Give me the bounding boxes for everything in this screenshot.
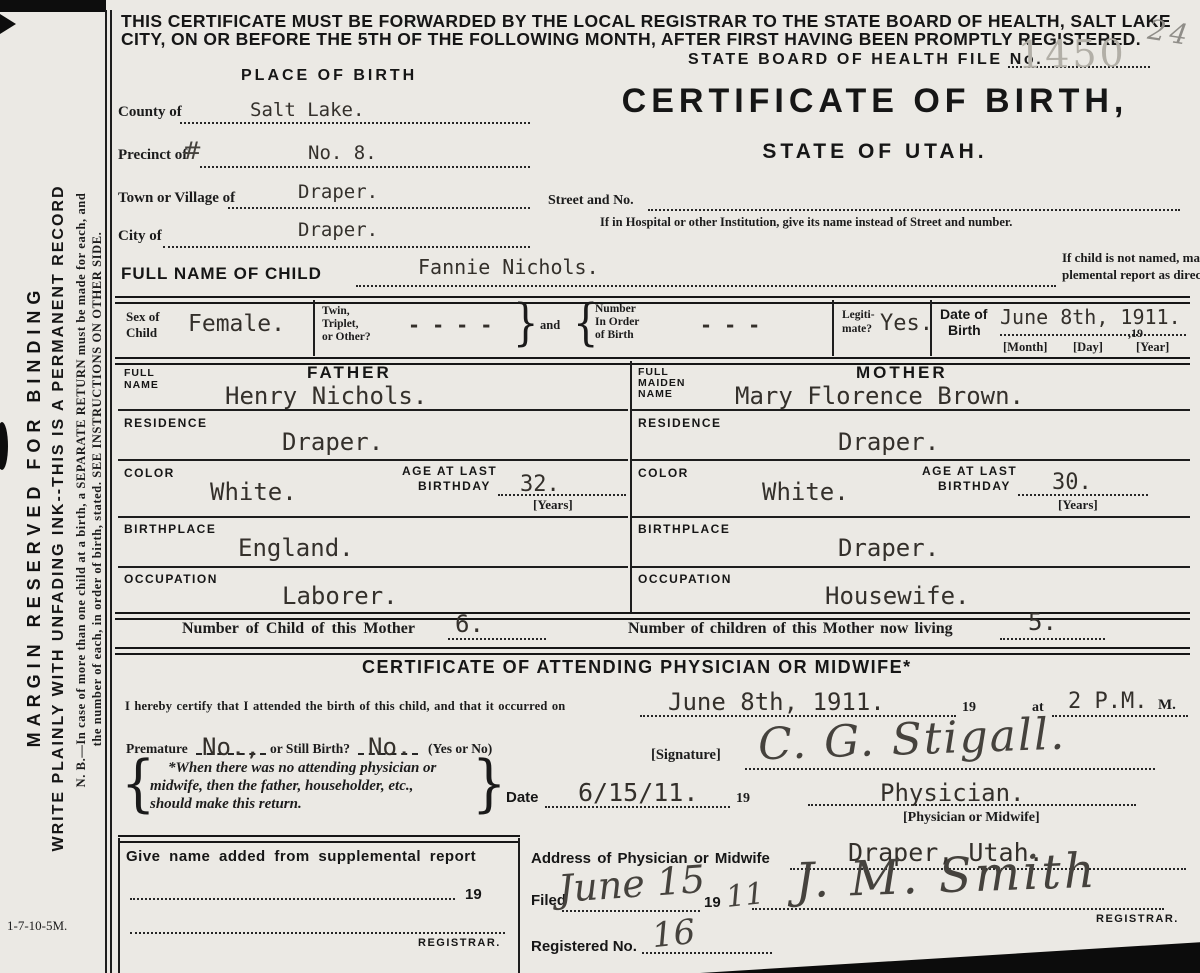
parents-row-line-3f <box>118 516 628 518</box>
dob-line <box>1000 334 1186 336</box>
twin-label-1: Twin, <box>322 305 350 317</box>
parents-row-line-2f <box>118 459 628 461</box>
supplemental-printed-19: 19 <box>465 886 482 903</box>
date-printed-19: 19 <box>736 791 750 807</box>
precinct-handwritten-mark: # <box>182 137 202 165</box>
living-children-label: Number of children of this Mother now li… <box>628 620 953 638</box>
brace-close-glyph: } <box>513 298 538 348</box>
father-birthplace-value: England. <box>238 534 354 562</box>
county-value: Salt Lake. <box>250 99 364 121</box>
premature-value: No., <box>202 733 260 761</box>
mother-section-title: MOTHER <box>856 363 948 383</box>
parents-row-line-4m <box>632 566 1190 568</box>
physician-note-line1: *When there was no attending physician o… <box>168 760 436 777</box>
mother-birthplace-value: Draper. <box>838 534 939 562</box>
county-line <box>180 122 530 124</box>
county-label: County of <box>118 104 182 121</box>
father-age-label-2: BIRTHDAY <box>418 479 491 493</box>
order-value-dashes: - - - <box>700 313 760 337</box>
child-note-line2: plemental report as directed. <box>1062 267 1200 283</box>
rule-box-top <box>118 835 520 843</box>
physician-signature: C. G. Stigall. <box>757 709 1067 771</box>
certify-label: I hereby certify that I attended the bir… <box>125 699 565 714</box>
dob-value: June 8th, 1911. <box>1000 305 1181 329</box>
rule-above-parents <box>115 357 1190 365</box>
stillbirth-value: No. <box>368 733 411 761</box>
town-line <box>228 207 530 209</box>
mother-residence-value: Draper. <box>838 428 939 456</box>
father-name-value: Henry Nichols. <box>225 382 427 410</box>
order-label-2: In Order <box>595 316 639 328</box>
father-occupation-value: Laborer. <box>282 582 398 610</box>
physician-note-line2: midwife, then the father, householder, e… <box>150 778 413 795</box>
registrar-label-right: REGISTRAR. <box>1096 913 1179 925</box>
legitimate-value: Yes. <box>880 311 933 336</box>
child-number-value: 6. <box>455 610 484 638</box>
registrar-signature: J. M. Smith <box>794 843 1098 910</box>
twin-value-dashes: - - - - <box>408 313 492 337</box>
father-residence-label: RESIDENCE <box>124 416 208 430</box>
parents-row-line-2m <box>632 459 1190 461</box>
mother-age-label-1: AGE AT LAST <box>922 464 1017 478</box>
hospital-note: If in Hospital or other Institution, giv… <box>600 215 1012 230</box>
note-brace-close: } <box>472 753 506 815</box>
mother-birthplace-label: BIRTHPLACE <box>638 522 730 536</box>
mother-occupation-label: OCCUPATION <box>638 572 732 586</box>
sex-row-divider-2 <box>832 300 834 356</box>
corner-pencil-number: 24 <box>1146 13 1194 52</box>
father-occupation-label: OCCUPATION <box>124 572 218 586</box>
mother-age-value: 30. <box>1052 470 1092 495</box>
supplemental-line <box>130 898 455 900</box>
margin-nb-line1: N. B.—In case of more than one child at … <box>74 118 89 862</box>
binding-rule-outer <box>105 10 107 973</box>
mother-name-label-3: NAME <box>638 388 673 400</box>
dob-day-bracket: [Day] <box>1073 340 1103 355</box>
living-children-line <box>1000 638 1105 640</box>
child-name-label: FULL NAME OF CHILD <box>121 264 322 284</box>
child-number-label: Number of Child of this Mother <box>182 620 415 638</box>
father-age-value: 32. <box>520 472 560 497</box>
file-number-label: STATE BOARD OF HEALTH FILE No. <box>688 51 1043 69</box>
city-value: Draper. <box>298 219 378 241</box>
father-birthplace-label: BIRTHPLACE <box>124 522 216 536</box>
date-label: Date <box>506 789 539 806</box>
file-number-stamp: 1450 <box>1018 31 1127 77</box>
certify-time-value: 2 P.M. <box>1068 689 1147 714</box>
supplemental-label: Give name added from supplemental report <box>126 848 476 865</box>
stillbirth-label: or Still Birth? <box>270 741 350 757</box>
order-label-1: Number <box>595 303 636 315</box>
certificate-title: CERTIFICATE OF BIRTH, <box>600 82 1150 121</box>
place-of-birth-title: PLACE OF BIRTH <box>241 67 417 85</box>
margin-nb-line2: the number of each, in order of birth, s… <box>90 133 105 845</box>
sex-value: Female. <box>188 311 285 337</box>
margin-binding-text: MARGIN RESERVED FOR BINDING <box>24 92 45 940</box>
scan-edge-left-arrow <box>0 14 16 34</box>
birth-certificate-scan: MARGIN RESERVED FOR BINDING WRITE PLAINL… <box>0 0 1200 973</box>
parents-row-line-3m <box>632 516 1190 518</box>
city-label: City of <box>118 228 162 245</box>
physician-or-midwife-bracket: [Physician or Midwife] <box>903 810 1040 826</box>
physician-note-line3: should make this return. <box>150 796 302 813</box>
parents-row-line-4f <box>118 566 628 568</box>
filed-printed-19: 19 <box>704 894 721 911</box>
scan-edge-top-left <box>0 0 106 12</box>
town-label: Town or Village of <box>118 190 235 207</box>
form-code: 1-7-10-5M. <box>7 918 67 934</box>
box-left-border <box>118 838 120 973</box>
mother-residence-label: RESIDENCE <box>638 416 722 430</box>
child-number-line <box>448 638 546 640</box>
father-residence-value: Draper. <box>282 428 383 456</box>
dob-printed-19: ,19 <box>1128 326 1143 341</box>
legitimate-label-1: Legiti- <box>842 309 875 321</box>
forwarding-notice-line2: CITY, ON OR BEFORE THE 5TH OF THE FOLLOW… <box>121 29 1141 50</box>
parents-center-divider <box>630 361 632 614</box>
father-age-label-1: AGE AT LAST <box>402 464 497 478</box>
mother-name-value: Mary Florence Brown. <box>735 382 1024 410</box>
mother-age-years-bracket: [Years] <box>1058 497 1098 513</box>
child-name-line <box>356 285 1056 287</box>
signature-bracket-label: [Signature] <box>651 747 721 764</box>
mother-age-label-2: BIRTHDAY <box>938 479 1011 493</box>
physician-section-title: CERTIFICATE OF ATTENDING PHYSICIAN OR MI… <box>362 657 912 678</box>
dob-label-1: Date of <box>940 306 987 322</box>
box-right-border <box>518 838 520 973</box>
father-name-label-1: FULL <box>124 367 155 379</box>
father-age-years-bracket: [Years] <box>533 497 573 513</box>
certify-time-line <box>1052 715 1188 717</box>
living-children-value: 5. <box>1028 608 1057 636</box>
rule-below-counts <box>115 647 1190 655</box>
registrar-label-left: REGISTRAR. <box>418 937 501 949</box>
dob-month-bracket: [Month] <box>1003 340 1047 355</box>
father-color-value: White. <box>210 478 297 506</box>
precinct-value: No. 8. <box>308 142 377 164</box>
father-color-label: COLOR <box>124 466 175 480</box>
supplemental-registrar-line <box>130 932 505 934</box>
filed-line <box>562 910 700 912</box>
father-section-title: FATHER <box>307 363 392 383</box>
mother-color-label: COLOR <box>638 466 689 480</box>
registered-no-label: Registered No. <box>531 938 637 955</box>
sex-label-2: Child <box>126 325 157 341</box>
binding-rule-inner <box>110 10 112 973</box>
twin-label-3: or Other? <box>322 331 371 343</box>
dob-label-2: Birth <box>948 322 981 338</box>
mother-occupation-value: Housewife. <box>825 582 970 610</box>
city-line <box>163 246 530 248</box>
father-age-line <box>498 494 626 496</box>
father-name-label-2: NAME <box>124 379 159 391</box>
certify-printed-m: M. <box>1158 697 1176 714</box>
dob-year-bracket: [Year] <box>1136 340 1169 355</box>
filed-date-handwritten: June 15 <box>557 857 707 911</box>
legitimate-label-2: mate? <box>842 323 872 335</box>
child-name-value: Fannie Nichols. <box>418 255 599 279</box>
sex-row-divider-3 <box>930 300 932 356</box>
twin-label-2: Triplet, <box>322 318 359 330</box>
certificate-subtitle: STATE OF UTAH. <box>600 140 1150 164</box>
precinct-line <box>200 166 530 168</box>
town-value: Draper. <box>298 181 378 203</box>
registered-no-value: 16 <box>650 912 697 956</box>
precinct-label: Precinct of <box>118 147 187 164</box>
sex-label-1: Sex of <box>126 309 160 325</box>
order-label-3: of Birth <box>595 329 634 341</box>
mother-color-value: White. <box>762 478 849 506</box>
scan-edge-left-blob <box>0 422 8 470</box>
street-line <box>648 209 1180 211</box>
date-value: 6/15/11. <box>578 778 698 807</box>
rule-above-sex-row <box>115 296 1190 304</box>
margin-permanent-text: WRITE PLAINLY WITH UNFADING INK--THIS IS… <box>50 88 68 948</box>
sex-row-divider-1 <box>313 300 315 356</box>
physician-title-value: Physician. <box>880 779 1025 807</box>
and-label: and <box>540 318 560 333</box>
street-label: Street and No. <box>548 193 634 209</box>
certify-date-value: June 8th, 1911. <box>668 688 885 716</box>
scan-edge-bottom-right <box>700 938 1200 973</box>
child-note-line1: If child is not named, make sup- <box>1062 250 1200 266</box>
